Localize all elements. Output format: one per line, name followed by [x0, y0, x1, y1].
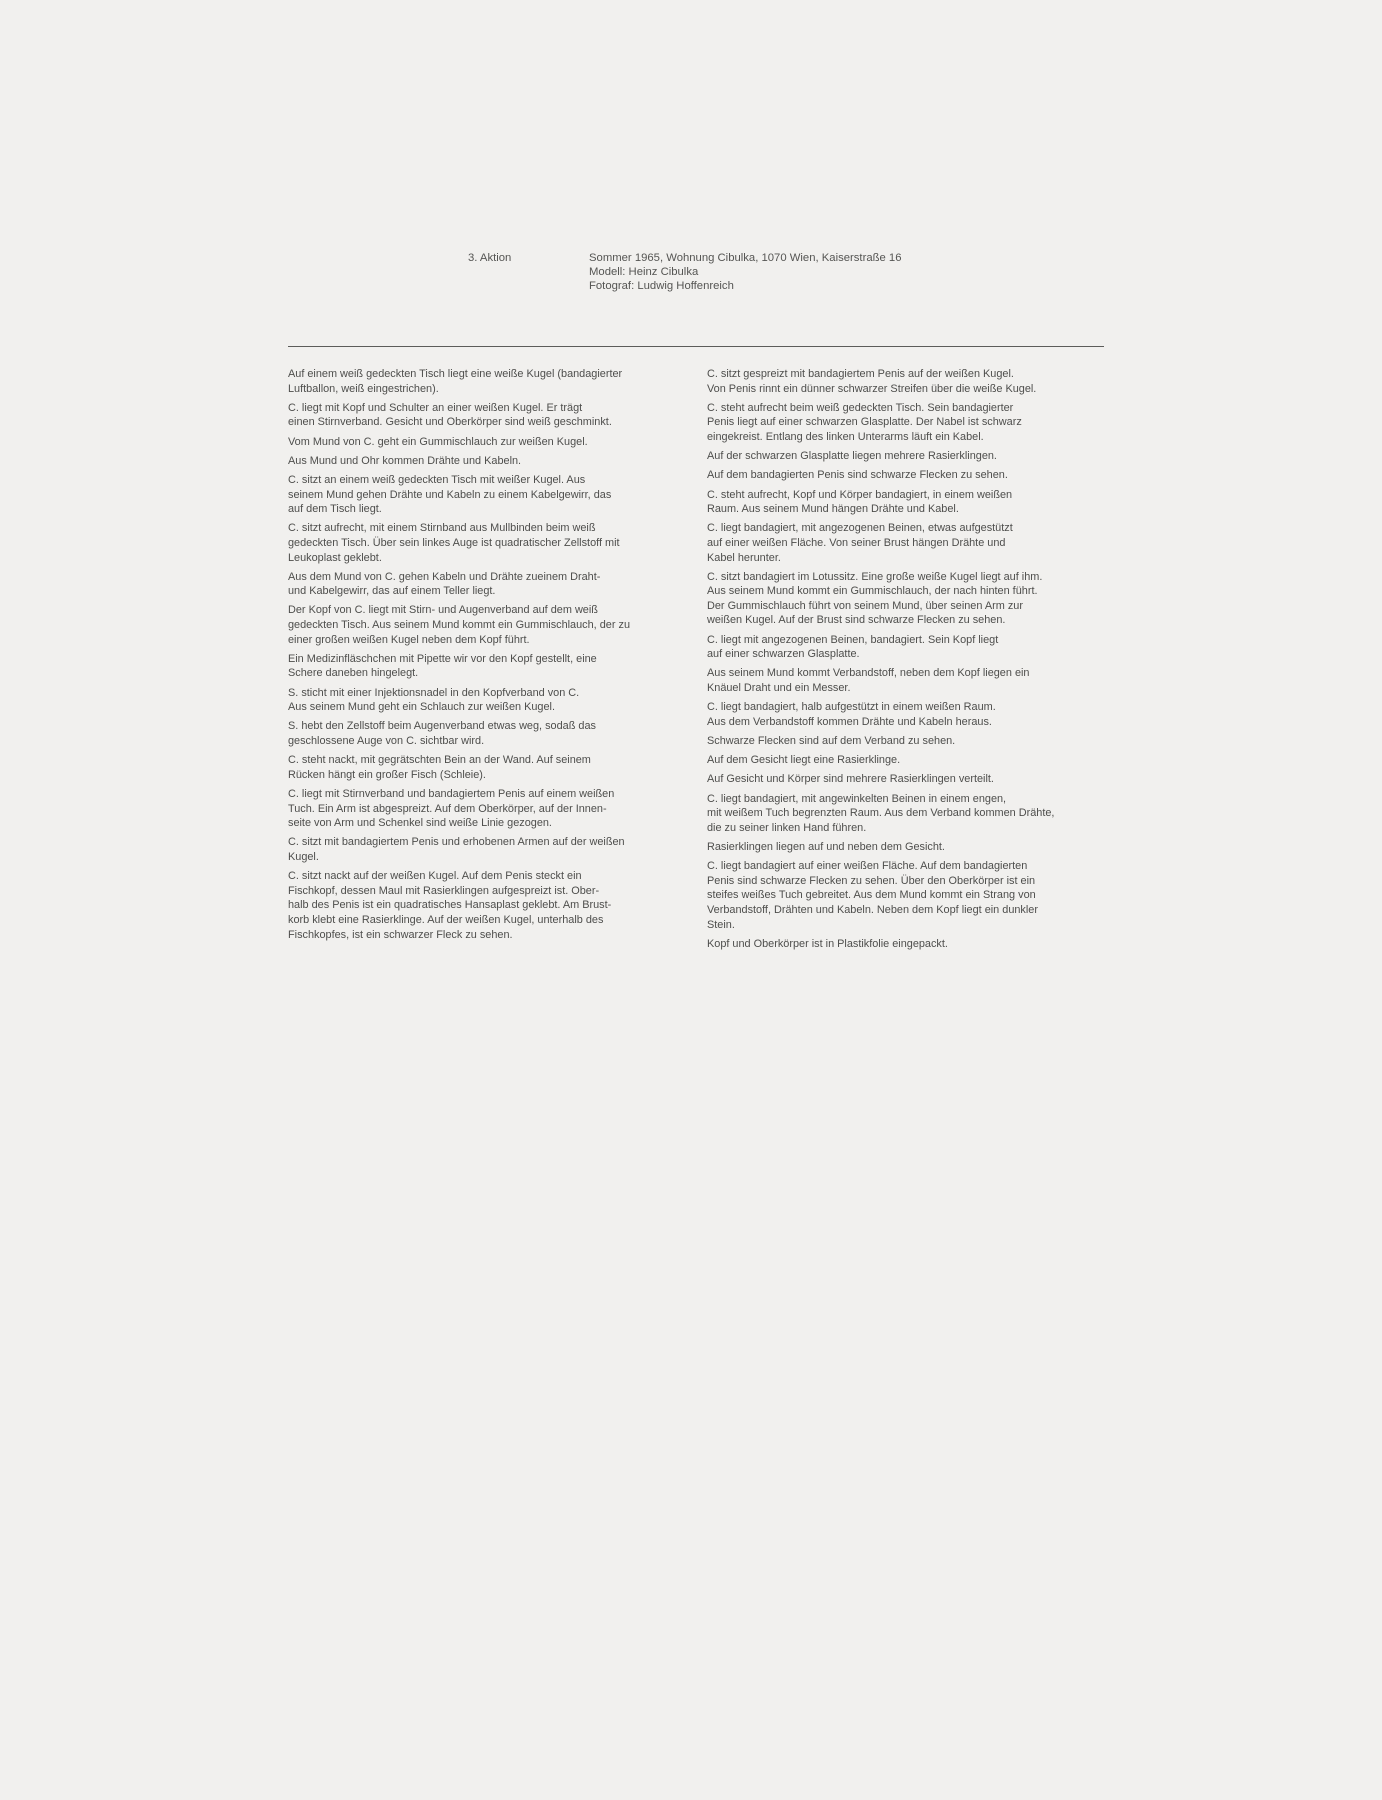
- paragraph-line: Ein Medizinfläschchen mit Pipette wir vo…: [288, 652, 688, 667]
- paragraph-line: C. liegt mit Kopf und Schulter an einer …: [288, 401, 688, 416]
- paragraph-line: gedeckten Tisch. Aus seinem Mund kommt e…: [288, 618, 688, 633]
- paragraph-line: Tuch. Ein Arm ist abgespreizt. Auf dem O…: [288, 802, 688, 817]
- paragraph-line: steifes weißes Tuch gebreitet. Aus dem M…: [707, 888, 1107, 903]
- paragraph-line: Der Gummischlauch führt von seinem Mund,…: [707, 599, 1107, 614]
- action-date-location: Sommer 1965, Wohnung Cibulka, 1070 Wien,…: [589, 251, 902, 265]
- description-paragraph: Ein Medizinfläschchen mit Pipette wir vo…: [288, 652, 688, 681]
- paragraph-line: S. sticht mit einer Injektionsnadel in d…: [288, 686, 688, 701]
- paragraph-line: auf dem Tisch liegt.: [288, 502, 688, 517]
- paragraph-line: Verbandstoff, Drähten und Kabeln. Neben …: [707, 903, 1107, 918]
- paragraph-line: Rücken hängt ein großer Fisch (Schleie).: [288, 768, 688, 783]
- action-photographer: Fotograf: Ludwig Hoffenreich: [589, 279, 902, 293]
- paragraph-line: einer großen weißen Kugel neben dem Kopf…: [288, 633, 688, 648]
- description-paragraph: Auf der schwarzen Glasplatte liegen mehr…: [707, 449, 1107, 464]
- description-paragraph: C. steht aufrecht beim weiß gedeckten Ti…: [707, 401, 1107, 445]
- description-paragraph: C. liegt mit Stirnverband und bandagiert…: [288, 787, 688, 831]
- paragraph-line: Schere daneben hingelegt.: [288, 666, 688, 681]
- paragraph-line: C. sitzt gespreizt mit bandagiertem Peni…: [707, 367, 1107, 382]
- description-paragraph: Aus seinem Mund kommt Verbandstoff, nebe…: [707, 666, 1107, 695]
- description-paragraph: C. liegt bandagiert, mit angezogenen Bei…: [707, 521, 1107, 565]
- paragraph-line: mit weißem Tuch begrenzten Raum. Aus dem…: [707, 806, 1107, 821]
- description-paragraph: S. sticht mit einer Injektionsnadel in d…: [288, 686, 688, 715]
- description-paragraph: Auf dem bandagierten Penis sind schwarze…: [707, 468, 1107, 483]
- description-paragraph: Kopf und Oberkörper ist in Plastikfolie …: [707, 937, 1107, 952]
- paragraph-line: geschlossene Auge von C. sichtbar wird.: [288, 734, 688, 749]
- paragraph-line: Fischkopfes, ist ein schwarzer Fleck zu …: [288, 928, 688, 943]
- description-column-right: C. sitzt gespreizt mit bandagiertem Peni…: [707, 367, 1107, 956]
- paragraph-line: Auf Gesicht und Körper sind mehrere Rasi…: [707, 772, 1107, 787]
- action-label: 3. Aktion: [468, 251, 511, 265]
- paragraph-line: C. steht aufrecht beim weiß gedeckten Ti…: [707, 401, 1107, 416]
- description-paragraph: Der Kopf von C. liegt mit Stirn- und Aug…: [288, 603, 688, 647]
- paragraph-line: Auf dem bandagierten Penis sind schwarze…: [707, 468, 1107, 483]
- description-paragraph: C. steht aufrecht, Kopf und Körper banda…: [707, 488, 1107, 517]
- paragraph-line: C. sitzt nackt auf der weißen Kugel. Auf…: [288, 869, 688, 884]
- paragraph-line: Kugel.: [288, 850, 688, 865]
- paragraph-line: C. steht aufrecht, Kopf und Körper banda…: [707, 488, 1107, 503]
- paragraph-line: Leukoplast geklebt.: [288, 551, 688, 566]
- paragraph-line: gedeckten Tisch. Über sein linkes Auge i…: [288, 536, 688, 551]
- paragraph-line: Raum. Aus seinem Mund hängen Drähte und …: [707, 502, 1107, 517]
- paragraph-line: einen Stirnverband. Gesicht und Oberkörp…: [288, 415, 688, 430]
- paragraph-line: Aus seinem Mund kommt Verbandstoff, nebe…: [707, 666, 1107, 681]
- description-paragraph: C. liegt bandagiert, mit angewinkelten B…: [707, 792, 1107, 836]
- paragraph-line: C. liegt mit Stirnverband und bandagiert…: [288, 787, 688, 802]
- description-paragraph: C. liegt bandagiert auf einer weißen Flä…: [707, 859, 1107, 932]
- description-paragraph: Aus Mund und Ohr kommen Drähte und Kabel…: [288, 454, 688, 469]
- paragraph-line: C. sitzt bandagiert im Lotussitz. Eine g…: [707, 570, 1107, 585]
- paragraph-line: C. liegt mit angezogenen Beinen, bandagi…: [707, 633, 1107, 648]
- paragraph-line: Der Kopf von C. liegt mit Stirn- und Aug…: [288, 603, 688, 618]
- paragraph-line: C. sitzt mit bandagiertem Penis und erho…: [288, 835, 688, 850]
- paragraph-line: Auf der schwarzen Glasplatte liegen mehr…: [707, 449, 1107, 464]
- description-paragraph: C. sitzt an einem weiß gedeckten Tisch m…: [288, 473, 688, 517]
- paragraph-line: seinem Mund gehen Drähte und Kabeln zu e…: [288, 488, 688, 503]
- description-paragraph: C. sitzt aufrecht, mit einem Stirnband a…: [288, 521, 688, 565]
- paragraph-line: Aus seinem Mund kommt ein Gummischlauch,…: [707, 584, 1107, 599]
- paragraph-line: korb klebt eine Rasierklinge. Auf der we…: [288, 913, 688, 928]
- paragraph-line: Aus dem Verbandstoff kommen Drähte und K…: [707, 715, 1107, 730]
- paragraph-line: Aus dem Mund von C. gehen Kabeln und Drä…: [288, 570, 688, 585]
- paragraph-line: Penis sind schwarze Flecken zu sehen. Üb…: [707, 874, 1107, 889]
- paragraph-line: Stein.: [707, 918, 1107, 933]
- description-paragraph: C. sitzt nackt auf der weißen Kugel. Auf…: [288, 869, 688, 942]
- paragraph-line: Von Penis rinnt ein dünner schwarzer Str…: [707, 382, 1107, 397]
- paragraph-line: und Kabelgewirr, das auf einem Teller li…: [288, 584, 688, 599]
- description-paragraph: S. hebt den Zellstoff beim Augenverband …: [288, 719, 688, 748]
- paragraph-line: halb des Penis ist ein quadratisches Han…: [288, 898, 688, 913]
- description-paragraph: C. steht nackt, mit gegrätschten Bein an…: [288, 753, 688, 782]
- paragraph-line: C. steht nackt, mit gegrätschten Bein an…: [288, 753, 688, 768]
- paragraph-line: Auf dem Gesicht liegt eine Rasierklinge.: [707, 753, 1107, 768]
- description-paragraph: Rasierklingen liegen auf und neben dem G…: [707, 840, 1107, 855]
- action-model: Modell: Heinz Cibulka: [589, 265, 902, 279]
- paragraph-line: Rasierklingen liegen auf und neben dem G…: [707, 840, 1107, 855]
- paragraph-line: weißen Kugel. Auf der Brust sind schwarz…: [707, 613, 1107, 628]
- paragraph-line: C. liegt bandagiert, halb aufgestützt in…: [707, 700, 1107, 715]
- description-paragraph: Aus dem Mund von C. gehen Kabeln und Drä…: [288, 570, 688, 599]
- paragraph-line: eingekreist. Entlang des linken Unterarm…: [707, 430, 1107, 445]
- paragraph-line: Kopf und Oberkörper ist in Plastikfolie …: [707, 937, 1107, 952]
- description-paragraph: Schwarze Flecken sind auf dem Verband zu…: [707, 734, 1107, 749]
- paragraph-line: C. liegt bandagiert auf einer weißen Flä…: [707, 859, 1107, 874]
- paragraph-line: Schwarze Flecken sind auf dem Verband zu…: [707, 734, 1107, 749]
- paragraph-line: Vom Mund von C. geht ein Gummischlauch z…: [288, 435, 688, 450]
- paragraph-line: die zu seiner linken Hand führen.: [707, 821, 1107, 836]
- paragraph-line: C. sitzt aufrecht, mit einem Stirnband a…: [288, 521, 688, 536]
- description-column-left: Auf einem weiß gedeckten Tisch liegt ein…: [288, 367, 688, 947]
- description-paragraph: Vom Mund von C. geht ein Gummischlauch z…: [288, 435, 688, 450]
- paragraph-line: Aus seinem Mund geht ein Schlauch zur we…: [288, 700, 688, 715]
- description-paragraph: C. liegt mit angezogenen Beinen, bandagi…: [707, 633, 1107, 662]
- paragraph-line: seite von Arm und Schenkel sind weiße Li…: [288, 816, 688, 831]
- horizontal-rule: [288, 346, 1104, 347]
- action-metadata: Sommer 1965, Wohnung Cibulka, 1070 Wien,…: [589, 251, 902, 293]
- paragraph-line: Luftballon, weiß eingestrichen).: [288, 382, 688, 397]
- paragraph-line: Knäuel Draht und ein Messer.: [707, 681, 1107, 696]
- paragraph-line: S. hebt den Zellstoff beim Augenverband …: [288, 719, 688, 734]
- description-paragraph: Auf Gesicht und Körper sind mehrere Rasi…: [707, 772, 1107, 787]
- paragraph-line: Auf einem weiß gedeckten Tisch liegt ein…: [288, 367, 688, 382]
- description-paragraph: C. sitzt bandagiert im Lotussitz. Eine g…: [707, 570, 1107, 628]
- description-paragraph: Auf dem Gesicht liegt eine Rasierklinge.: [707, 753, 1107, 768]
- paragraph-line: auf einer weißen Fläche. Von seiner Brus…: [707, 536, 1107, 551]
- description-paragraph: C. liegt mit Kopf und Schulter an einer …: [288, 401, 688, 430]
- description-paragraph: C. sitzt mit bandagiertem Penis und erho…: [288, 835, 688, 864]
- paragraph-line: C. liegt bandagiert, mit angezogenen Bei…: [707, 521, 1107, 536]
- description-paragraph: C. liegt bandagiert, halb aufgestützt in…: [707, 700, 1107, 729]
- paragraph-line: C. liegt bandagiert, mit angewinkelten B…: [707, 792, 1107, 807]
- description-paragraph: C. sitzt gespreizt mit bandagiertem Peni…: [707, 367, 1107, 396]
- paragraph-line: Kabel herunter.: [707, 551, 1107, 566]
- paragraph-line: Aus Mund und Ohr kommen Drähte und Kabel…: [288, 454, 688, 469]
- description-paragraph: Auf einem weiß gedeckten Tisch liegt ein…: [288, 367, 688, 396]
- paragraph-line: auf einer schwarzen Glasplatte.: [707, 647, 1107, 662]
- paragraph-line: Fischkopf, dessen Maul mit Rasierklingen…: [288, 884, 688, 899]
- paragraph-line: Penis liegt auf einer schwarzen Glasplat…: [707, 415, 1107, 430]
- paragraph-line: C. sitzt an einem weiß gedeckten Tisch m…: [288, 473, 688, 488]
